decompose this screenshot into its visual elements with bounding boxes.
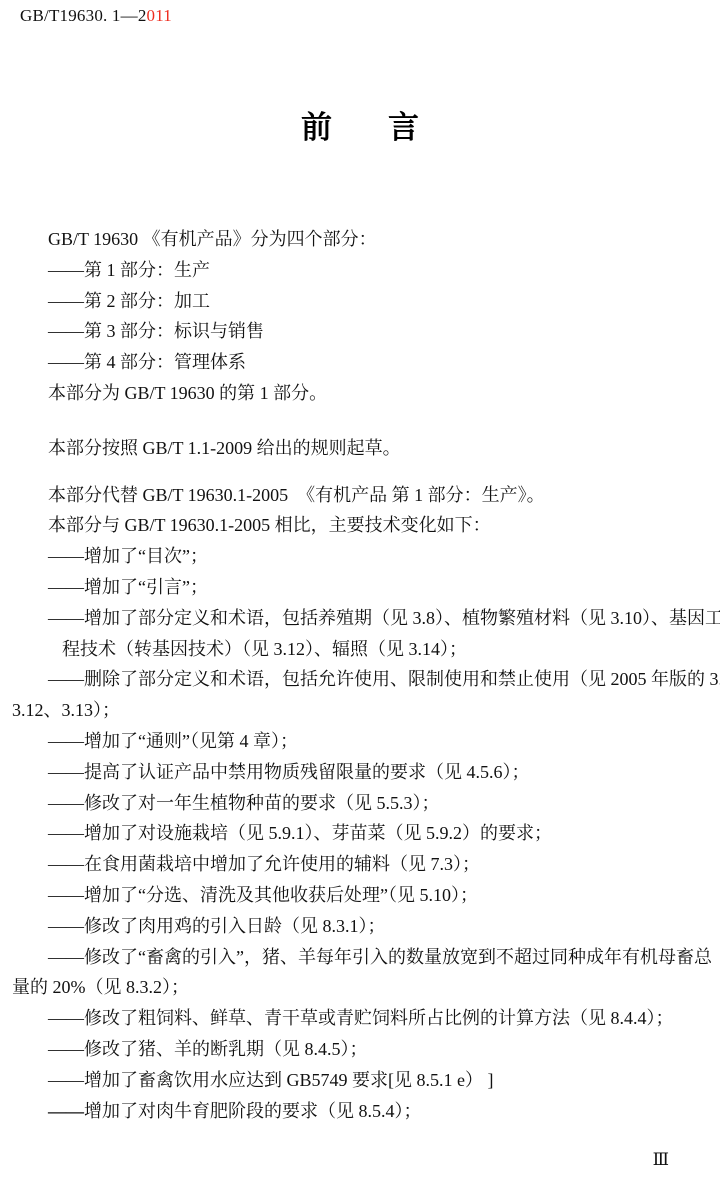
text-line: ——修改了猪、羊的断乳期（见 8.4.5）；	[12, 1034, 712, 1065]
text-line: 本部分按照 GB/T 1.1-2009 给出的规则起草。	[12, 433, 712, 464]
text-line: 3.12、3.13）；	[12, 695, 712, 726]
text-line: ——增加了畜禽饮用水应达到 GB5749 要求[见 8.5.1 e） ]	[12, 1065, 712, 1096]
text-line: ——增加了“引言”；	[12, 572, 712, 603]
text-line: ——增加了“通则”（见第 4 章）；	[12, 726, 712, 757]
text-line: ——第 3 部分：标识与销售	[12, 316, 712, 347]
standard-code-header: GB/T19630. 1—2011	[20, 6, 172, 26]
text-line: ——增加了部分定义和术语，包括养殖期（见 3.8）、植物繁殖材料（见 3.10）…	[12, 603, 712, 634]
page-title: 前言	[0, 102, 720, 147]
text-line: ——第 2 部分：加工	[12, 286, 712, 317]
text-line: ——第 4 部分：管理体系	[12, 347, 712, 378]
standard-code-red: 011	[147, 6, 172, 25]
text-line: ——增加了“分选、清洗及其他收获后处理”（见 5.10）；	[12, 880, 712, 911]
title-char-1: 前	[301, 110, 332, 145]
text-line: ——第 1 部分：生产	[12, 255, 712, 286]
document-page: GB/T19630. 1—2011 前言 GB/T 19630 《有机产品》分为…	[0, 0, 720, 1181]
text-line: ——在食用菌栽培中增加了允许使用的辅料（见 7.3）；	[12, 849, 712, 880]
title-char-2: 言	[388, 110, 419, 145]
foreword-body: GB/T 19630 《有机产品》分为四个部分：——第 1 部分：生产——第 2…	[12, 224, 712, 1126]
blank-spacer	[12, 464, 712, 480]
text-line: ——增加了“目次”；	[12, 541, 712, 572]
text-line: ——提高了认证产品中禁用物质残留限量的要求（见 4.5.6）；	[12, 757, 712, 788]
text-line: 本部分代替 GB/T 19630.1-2005 《有机产品 第 1 部分：生产》…	[12, 480, 712, 511]
bold-dash-prefix: ——	[48, 1101, 84, 1121]
text-line: ——删除了部分定义和术语，包括允许使用、限制使用和禁止使用（见 2005 年版的…	[12, 664, 712, 695]
standard-code-black: GB/T19630. 1—2	[20, 6, 147, 25]
text-line: GB/T 19630 《有机产品》分为四个部分：	[12, 224, 712, 255]
text-line: 本部分为 GB/T 19630 的第 1 部分。	[12, 378, 712, 409]
text-line: 本部分与 GB/T 19630.1-2005 相比，主要技术变化如下：	[12, 510, 712, 541]
text-line: 量的 20%（见 8.3.2）；	[12, 972, 712, 1003]
blank-spacer	[12, 409, 712, 433]
page-number: Ⅲ	[653, 1150, 670, 1170]
text-line: ——修改了粗饲料、鲜草、青干草或青贮饲料所占比例的计算方法（见 8.4.4）；	[12, 1003, 712, 1034]
text-line: 程技术（转基因技术）（见 3.12）、辐照（见 3.14）；	[12, 634, 712, 665]
text-line: ——增加了对肉牛育肥阶段的要求（见 8.5.4）；	[12, 1096, 712, 1127]
text-line: ——增加了对设施栽培（见 5.9.1）、芽苗菜（见 5.9.2）的要求；	[12, 818, 712, 849]
text-line: ——修改了肉用鸡的引入日龄（见 8.3.1）；	[12, 911, 712, 942]
text-line: ——修改了对一年生植物种苗的要求（见 5.5.3）；	[12, 788, 712, 819]
text-line: ——修改了“畜禽的引入”，猪、羊每年引入的数量放宽到不超过同种成年有机母畜总	[12, 942, 712, 973]
